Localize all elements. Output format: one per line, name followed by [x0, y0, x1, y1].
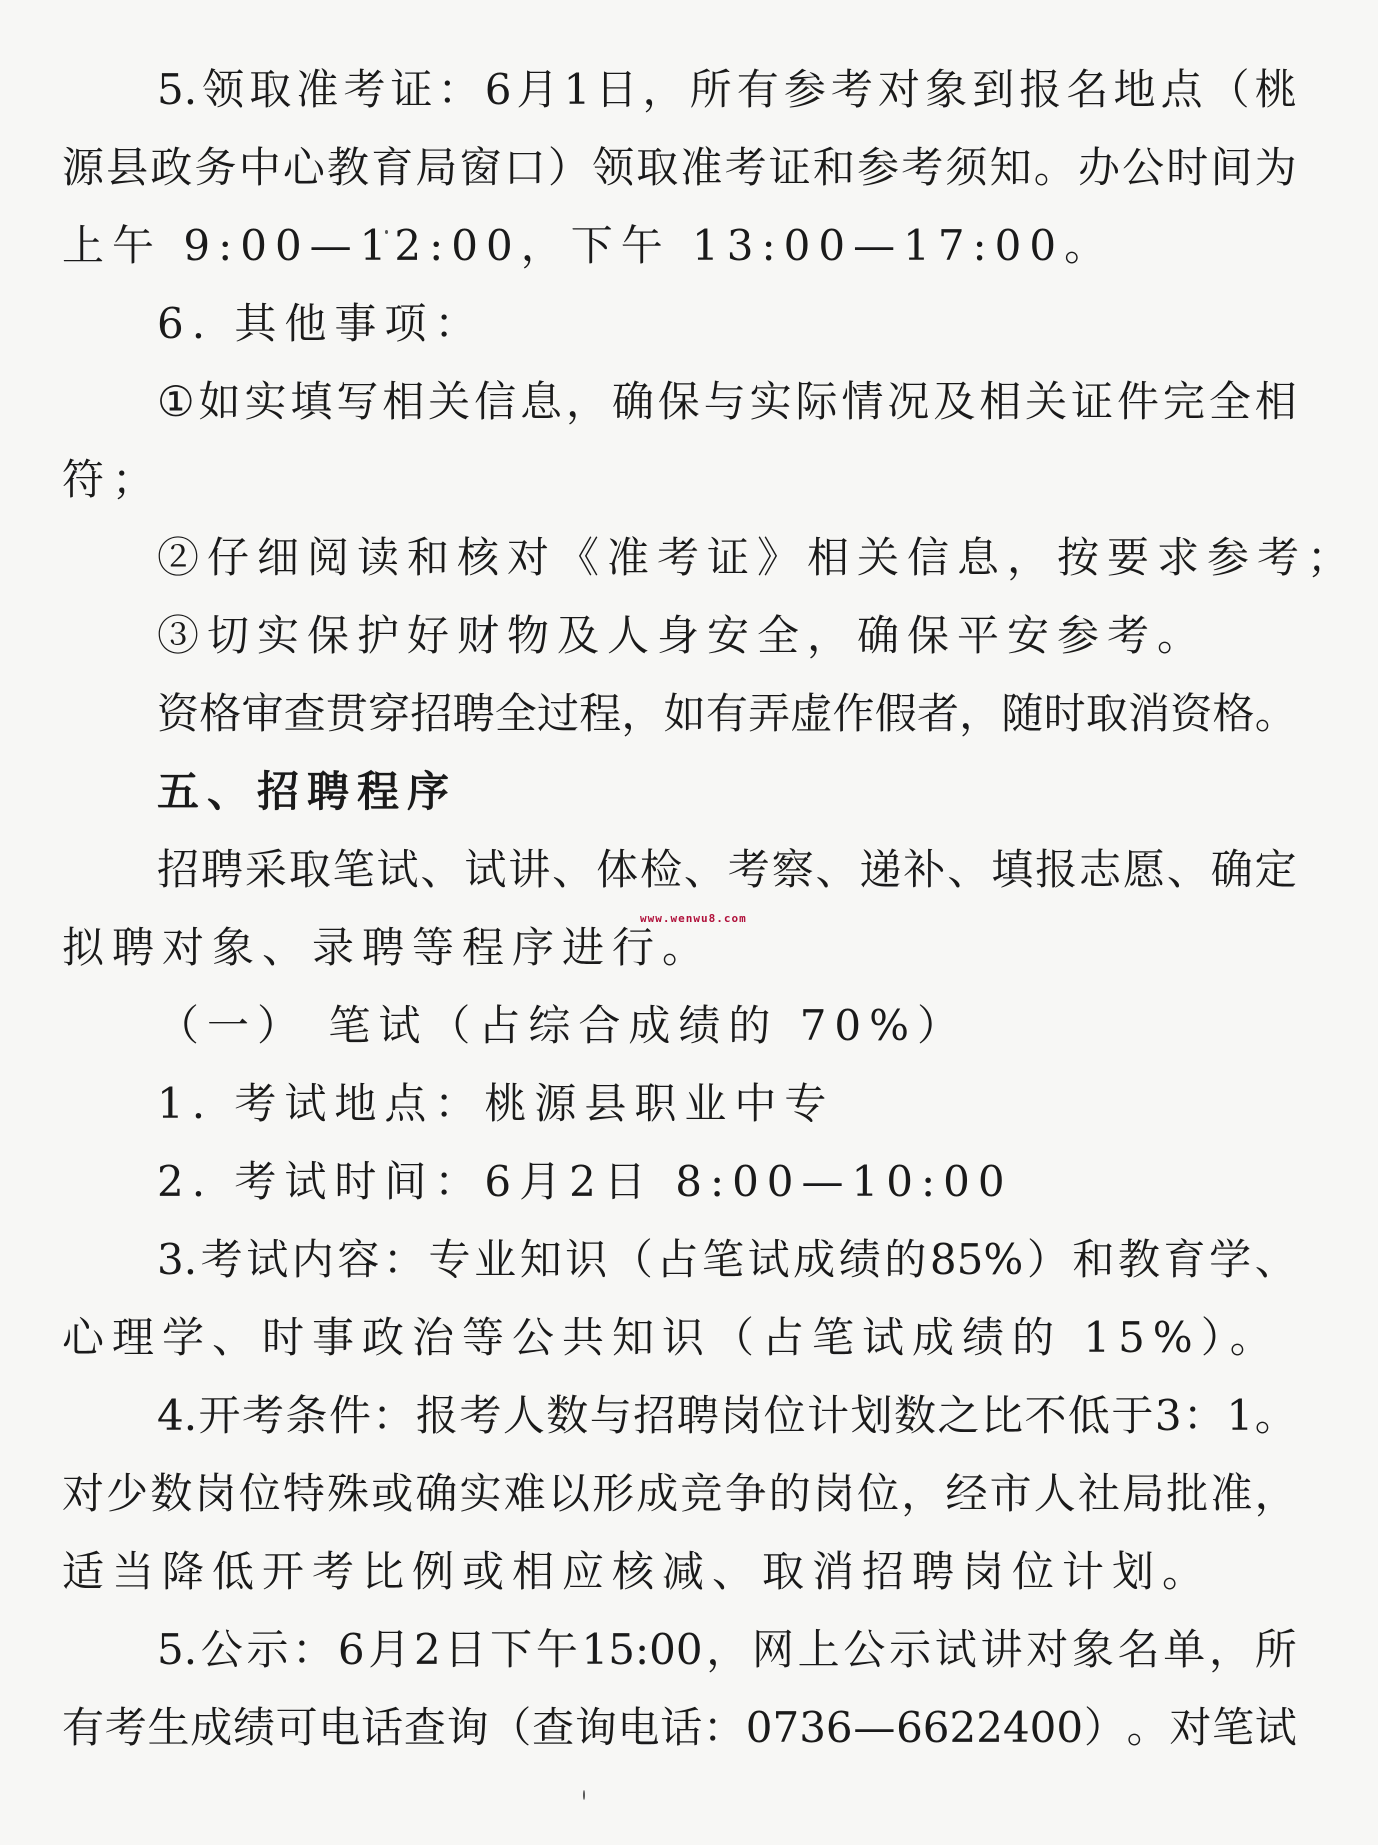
text-line: ②仔细阅读和核对《准考证》相关信息，按要求参考； [157, 519, 1357, 597]
text-line: 1. 考试地点：桃源县职业中专 [157, 1065, 834, 1143]
text-line: 招聘采取笔试、试讲、体检、考察、递补、填报志愿、确定 [157, 831, 1297, 909]
text-line: 适当降低开考比例或相应核减、取消招聘岗位计划。 [62, 1533, 1212, 1611]
text-line: ①如实填写相关信息，确保与实际情况及相关证件完全相 [157, 363, 1297, 441]
text-line: 资格审查贯穿招聘全过程，如有弄虚作假者，随时取消资格。 [157, 675, 1297, 753]
text-line: 5.公示：6月2日下午15:00，网上公示试讲对象名单，所 [157, 1611, 1297, 1689]
text-line: 2. 考试时间：6月2日 8:00—10:00 [157, 1143, 1013, 1221]
text-line: （一） 笔试（占综合成绩的 70%） [157, 987, 967, 1065]
text-line: 源县政务中心教育局窗口）领取准考证和参考须知。办公时间为 [62, 129, 1297, 207]
text-line: ③切实保护好财物及人身安全，确保平安参考。 [157, 597, 1207, 675]
text-line: 6. 其他事项： [157, 285, 484, 363]
text-line: 有考生成绩可电话查询（查询电话：0736—6622400）。对笔试 [62, 1689, 1297, 1767]
text-line: 5.领取准考证：6月1日，所有参考对象到报名地点（桃 [157, 51, 1297, 129]
watermark: www.wenwu8.com [640, 912, 747, 925]
text-line: 拟聘对象、录聘等程序进行。 [62, 909, 712, 987]
text-line: 4.开考条件：报考人数与招聘岗位计划数之比不低于3：1。 [157, 1377, 1297, 1455]
text-line: 3.考试内容：专业知识（占笔试成绩的85%）和教育学、 [157, 1221, 1297, 1299]
text-line: 心理学、时事政治等公共知识（占笔试成绩的 15%）。 [62, 1299, 1280, 1377]
text-line: 上午 9:00—12:00，下午 13:00—17:00。 [62, 207, 1114, 285]
section-heading: 五、招聘程序 [157, 753, 457, 831]
text-line: 对少数岗位特殊或确实难以形成竞争的岗位，经市人社局批准， [62, 1455, 1297, 1533]
scan-speck [583, 1790, 585, 1800]
scan-speck [385, 230, 388, 234]
text-line: 符； [62, 441, 162, 519]
